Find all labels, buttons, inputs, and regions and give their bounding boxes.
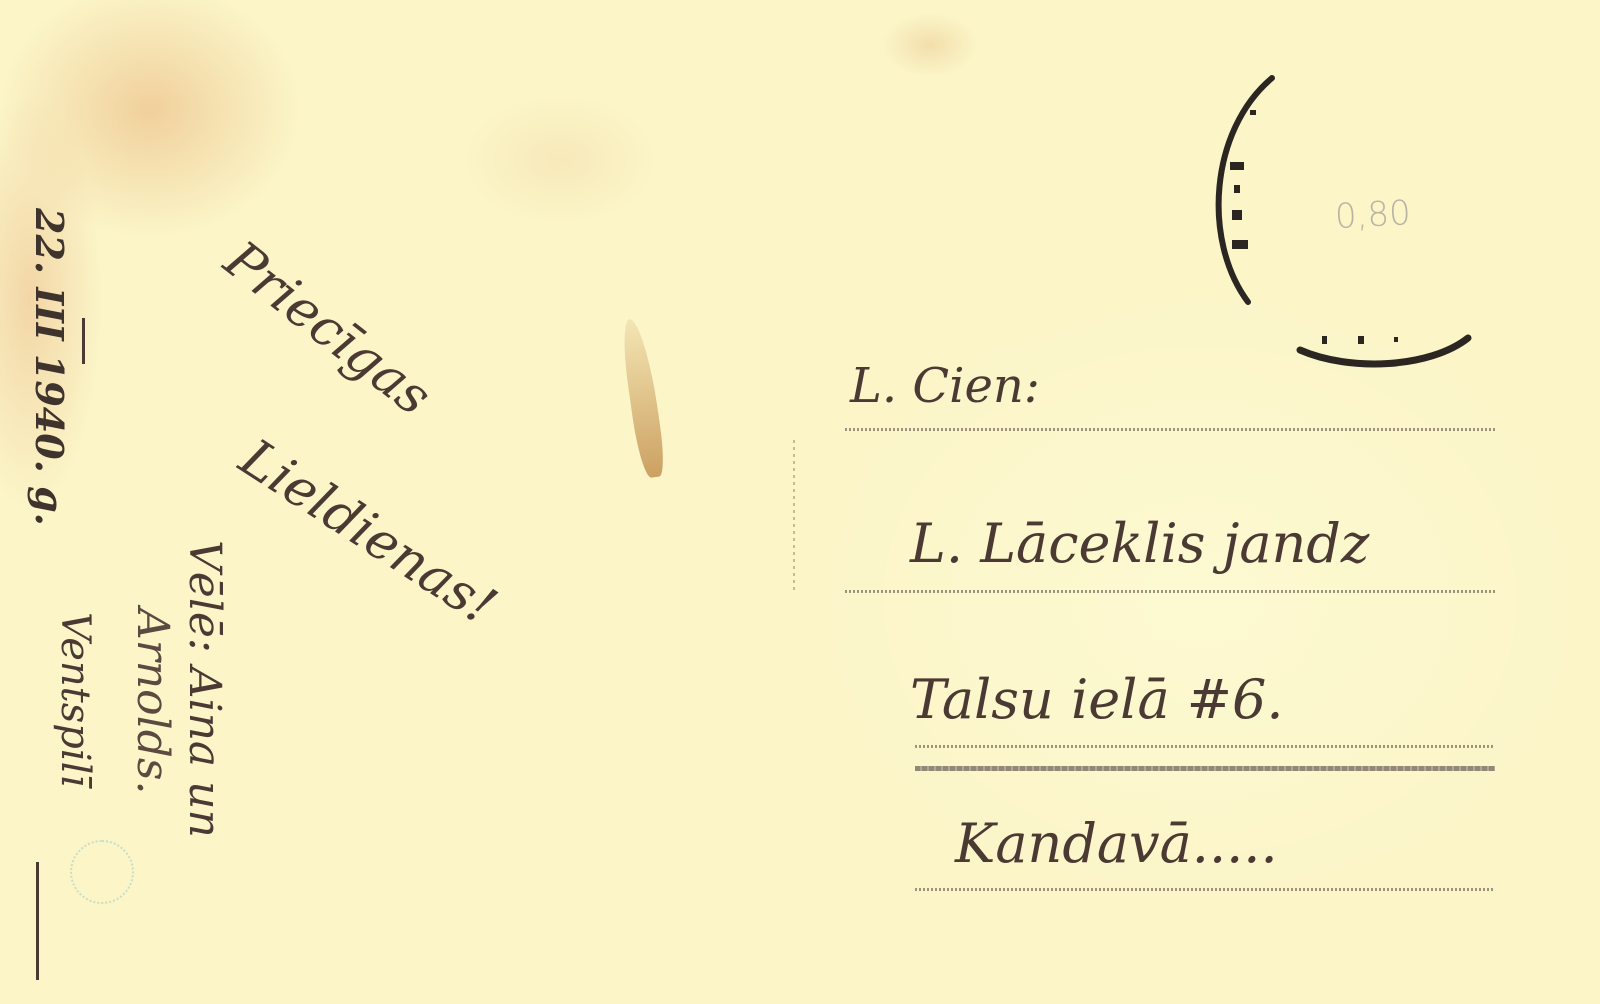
- date-underline: [82, 318, 85, 364]
- address-recipient: L. Lāceklis jandz: [910, 512, 1369, 575]
- address-line-1: [845, 428, 1495, 431]
- place-underline: [36, 862, 39, 980]
- sender-line-1: Vēlē: Aina un: [179, 540, 230, 838]
- sender-line-2: Arnolds.: [127, 608, 178, 794]
- address-line-4: [915, 888, 1495, 891]
- address-salutation: L. Cien:: [850, 358, 1040, 414]
- stain-mark: [619, 317, 667, 479]
- center-divider: [793, 440, 795, 590]
- address-street: Talsu ielā #6.: [910, 668, 1284, 731]
- greeting-line-2: Lieldienas!: [229, 428, 506, 637]
- postcard: 0,80 Priecīgas Lieldienas! 22. III 1940.…: [0, 0, 1600, 1004]
- address-city: Kandavā.....: [955, 812, 1278, 875]
- place-text: Ventspilī: [52, 612, 98, 787]
- address-line-3-underline: [915, 766, 1495, 771]
- greeting-line-1: Priecīgas: [213, 230, 442, 427]
- address-line-2: [845, 590, 1495, 593]
- address-line-3: [915, 745, 1495, 748]
- pencil-price-note: 0,80: [1334, 193, 1412, 237]
- date-text: 22. III 1940. g.: [27, 208, 72, 526]
- faint-ink-stamp: [70, 840, 134, 904]
